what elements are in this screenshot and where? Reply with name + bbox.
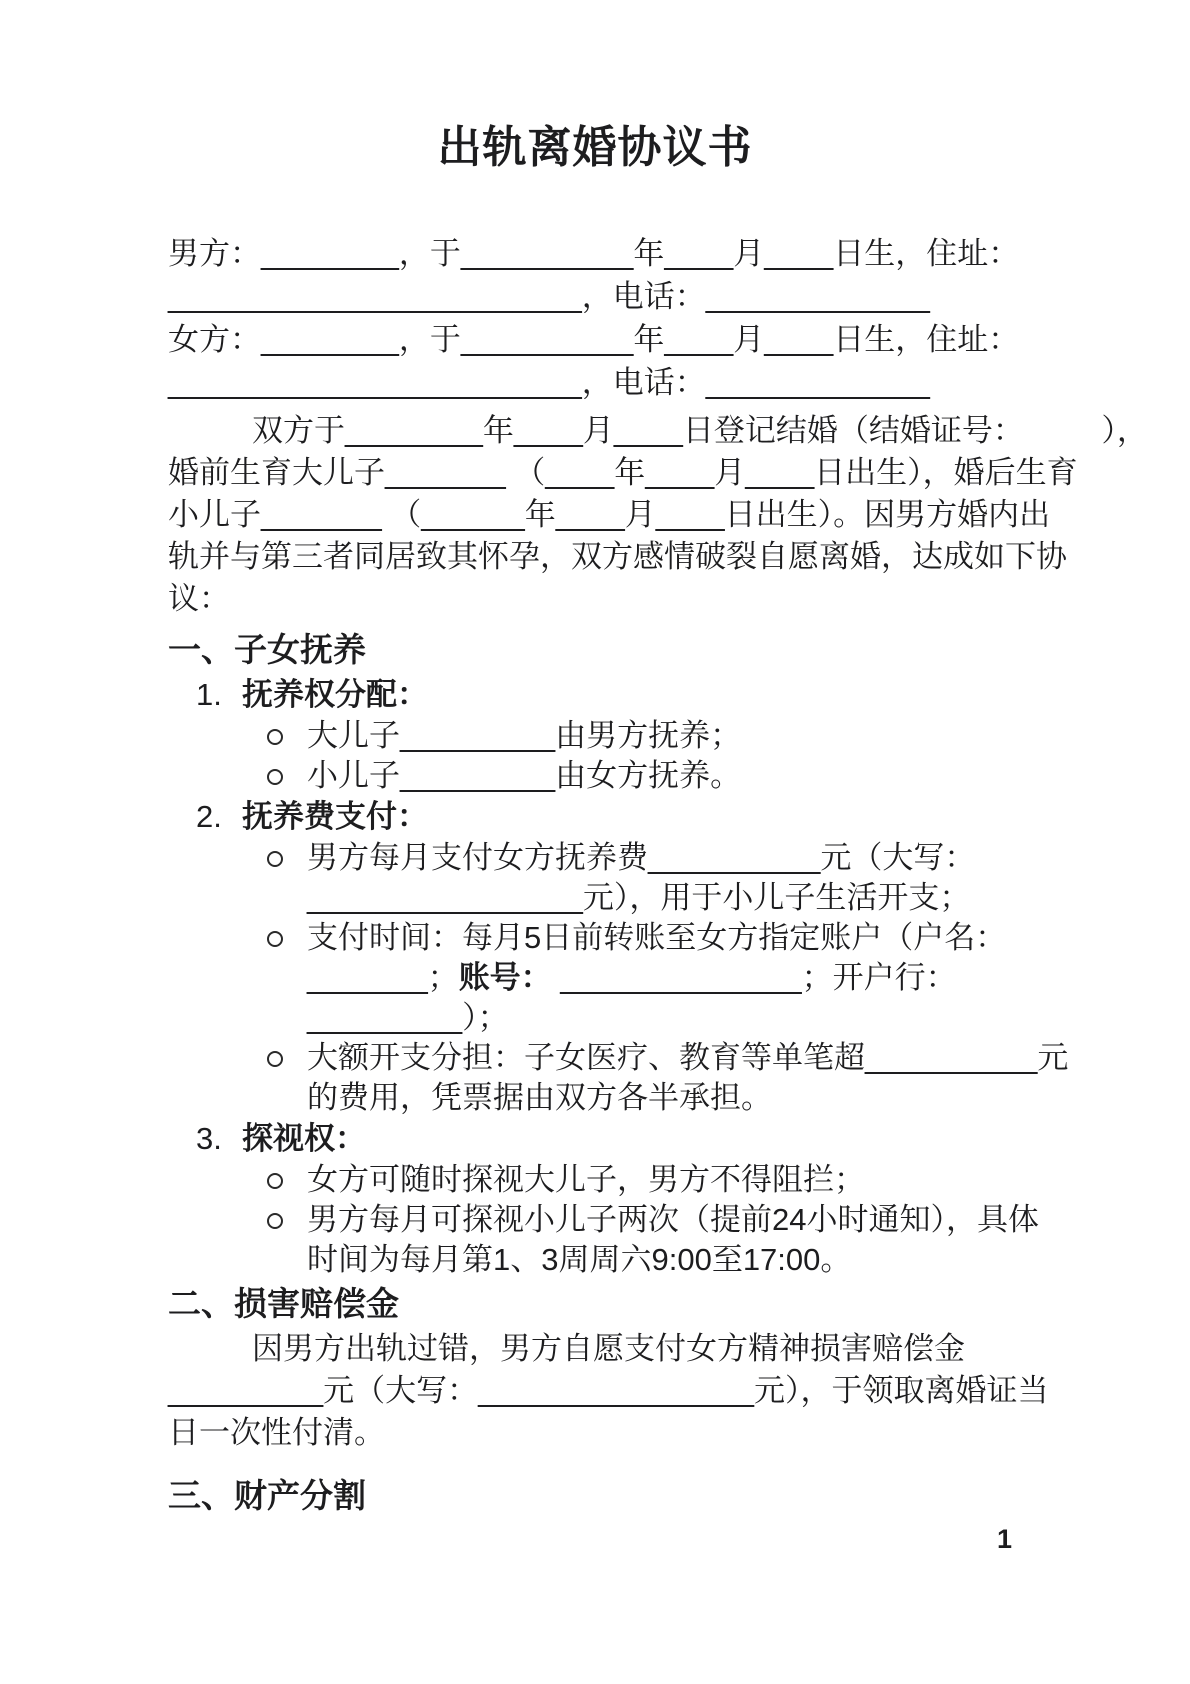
bullet-circle-icon: [267, 1051, 283, 1067]
section-heading-damages: 二、损害赔偿金: [168, 1280, 1022, 1328]
bullet-line: _______；账号： ______________；开户行：: [307, 958, 1022, 998]
bullet-line: 大额开支分担：子女医疗、教育等单笔超__________元: [307, 1038, 1022, 1078]
bullet-circle-icon: [267, 1213, 283, 1229]
bullet-line: 女方可随时探视大儿子，男方不得阻拦；: [307, 1160, 1022, 1200]
party-female-line-2: ________________________，电话：____________…: [168, 361, 1022, 404]
ordered-item-label: 抚养权分配：: [242, 677, 428, 712]
ordered-item-label: 探视权：: [242, 1121, 366, 1156]
bullet-line: 支付时间：每月5日前转账至女方指定账户（户名：: [307, 918, 1022, 958]
section-heading-child-custody: 一、子女抚养: [168, 626, 1022, 674]
ordered-item-number: 2.: [196, 796, 222, 838]
account-line-post: ______________；开户行：: [552, 960, 957, 995]
party-male-line-1: 男方：________，于__________年____月____日生，住址：: [168, 232, 1022, 275]
bullet-circle-icon: [267, 931, 283, 947]
bullet-line: ________________元），用于小儿子生活开支；: [307, 878, 1022, 918]
bullet-line: 男方每月支付女方抚养费__________元（大写：: [307, 838, 1022, 878]
ordered-item-custody-allocation: 1.抚养权分配：: [168, 674, 1022, 716]
bullet-line: 男方每月可探视小儿子两次（提前24小时通知），具体: [307, 1200, 1022, 1240]
intro-line-5: 议：: [168, 578, 1022, 620]
document-content: 出轨离婚协议书 男方：________，于__________年____月___…: [168, 0, 1022, 1520]
bullet-line: 时间为每月第1、3周周六9:00至17:00。: [307, 1240, 1022, 1280]
damages-line-1: 因男方出轨过错，男方自愿支付女方精神损害赔偿金: [168, 1328, 1022, 1370]
intro-line-3: 小儿子_______ （______年____月____日出生）。因男方婚内出: [168, 494, 1022, 536]
intro-line-2: 婚前生育大儿子_______ （____年____月____日出生），婚后生育: [168, 452, 1022, 494]
bullet-circle-icon: [267, 729, 283, 745]
page-number: 1: [997, 1524, 1012, 1555]
bullet-line: 小儿子_________由女方抚养。: [307, 756, 1022, 796]
party-male-line-2: ________________________，电话：____________…: [168, 275, 1022, 318]
intro-paragraph: 双方于________年____月____日登记结婚（结婚证号： ）， 婚前生育…: [168, 410, 1022, 620]
damages-line-3: 日一次性付清。: [168, 1412, 1022, 1454]
bullet-line: 大儿子_________由男方抚养；: [307, 716, 1022, 756]
bullet-circle-icon: [267, 1173, 283, 1189]
bullet-item-payment-time: 支付时间：每月5日前转账至女方指定账户（户名： _______；账号： ____…: [168, 918, 1022, 1038]
bullet-item-elder-son: 大儿子_________由男方抚养；: [168, 716, 1022, 756]
intro-line-4: 轨并与第三者同居致其怀孕，双方感情破裂自愿离婚，达成如下协: [168, 536, 1022, 578]
parties-block: 男方：________，于__________年____月____日生，住址： …: [168, 232, 1022, 404]
ordered-item-visitation: 3.探视权：: [168, 1118, 1022, 1160]
bullet-item-mother-visit: 女方可随时探视大儿子，男方不得阻拦；: [168, 1160, 1022, 1200]
bullet-item-father-visit: 男方每月可探视小儿子两次（提前24小时通知），具体 时间为每月第1、3周周六9:…: [168, 1200, 1022, 1280]
ordered-item-label: 抚养费支付：: [242, 799, 428, 834]
section-heading-property: 三、财产分割: [168, 1472, 1022, 1520]
bullet-item-large-expenses: 大额开支分担：子女医疗、教育等单笔超__________元 的费用，凭票据由双方…: [168, 1038, 1022, 1118]
bullet-circle-icon: [267, 851, 283, 867]
bullet-line: 的费用，凭票据由双方各半承担。: [307, 1078, 1022, 1118]
document-page: 出轨离婚协议书 男方：________，于__________年____月___…: [0, 0, 1190, 1684]
bullet-item-younger-son: 小儿子_________由女方抚养。: [168, 756, 1022, 796]
bullet-circle-icon: [267, 769, 283, 785]
account-line-pre: _______；: [307, 960, 459, 995]
account-number-label: 账号：: [459, 960, 552, 995]
bullet-item-monthly-fee: 男方每月支付女方抚养费__________元（大写： _____________…: [168, 838, 1022, 918]
bullet-line: _________）；: [307, 998, 1022, 1038]
ordered-item-number: 1.: [196, 674, 222, 716]
party-female-line-1: 女方：________，于__________年____月____日生，住址：: [168, 318, 1022, 361]
intro-line-1: 双方于________年____月____日登记结婚（结婚证号： ），: [168, 410, 1022, 452]
damages-paragraph: 因男方出轨过错，男方自愿支付女方精神损害赔偿金 _________元（大写：__…: [168, 1328, 1022, 1454]
ordered-item-support-payment: 2.抚养费支付：: [168, 796, 1022, 838]
ordered-item-number: 3.: [196, 1118, 222, 1160]
document-title: 出轨离婚协议书: [168, 118, 1022, 178]
damages-line-2: _________元（大写：________________元），于领取离婚证当: [168, 1370, 1022, 1412]
